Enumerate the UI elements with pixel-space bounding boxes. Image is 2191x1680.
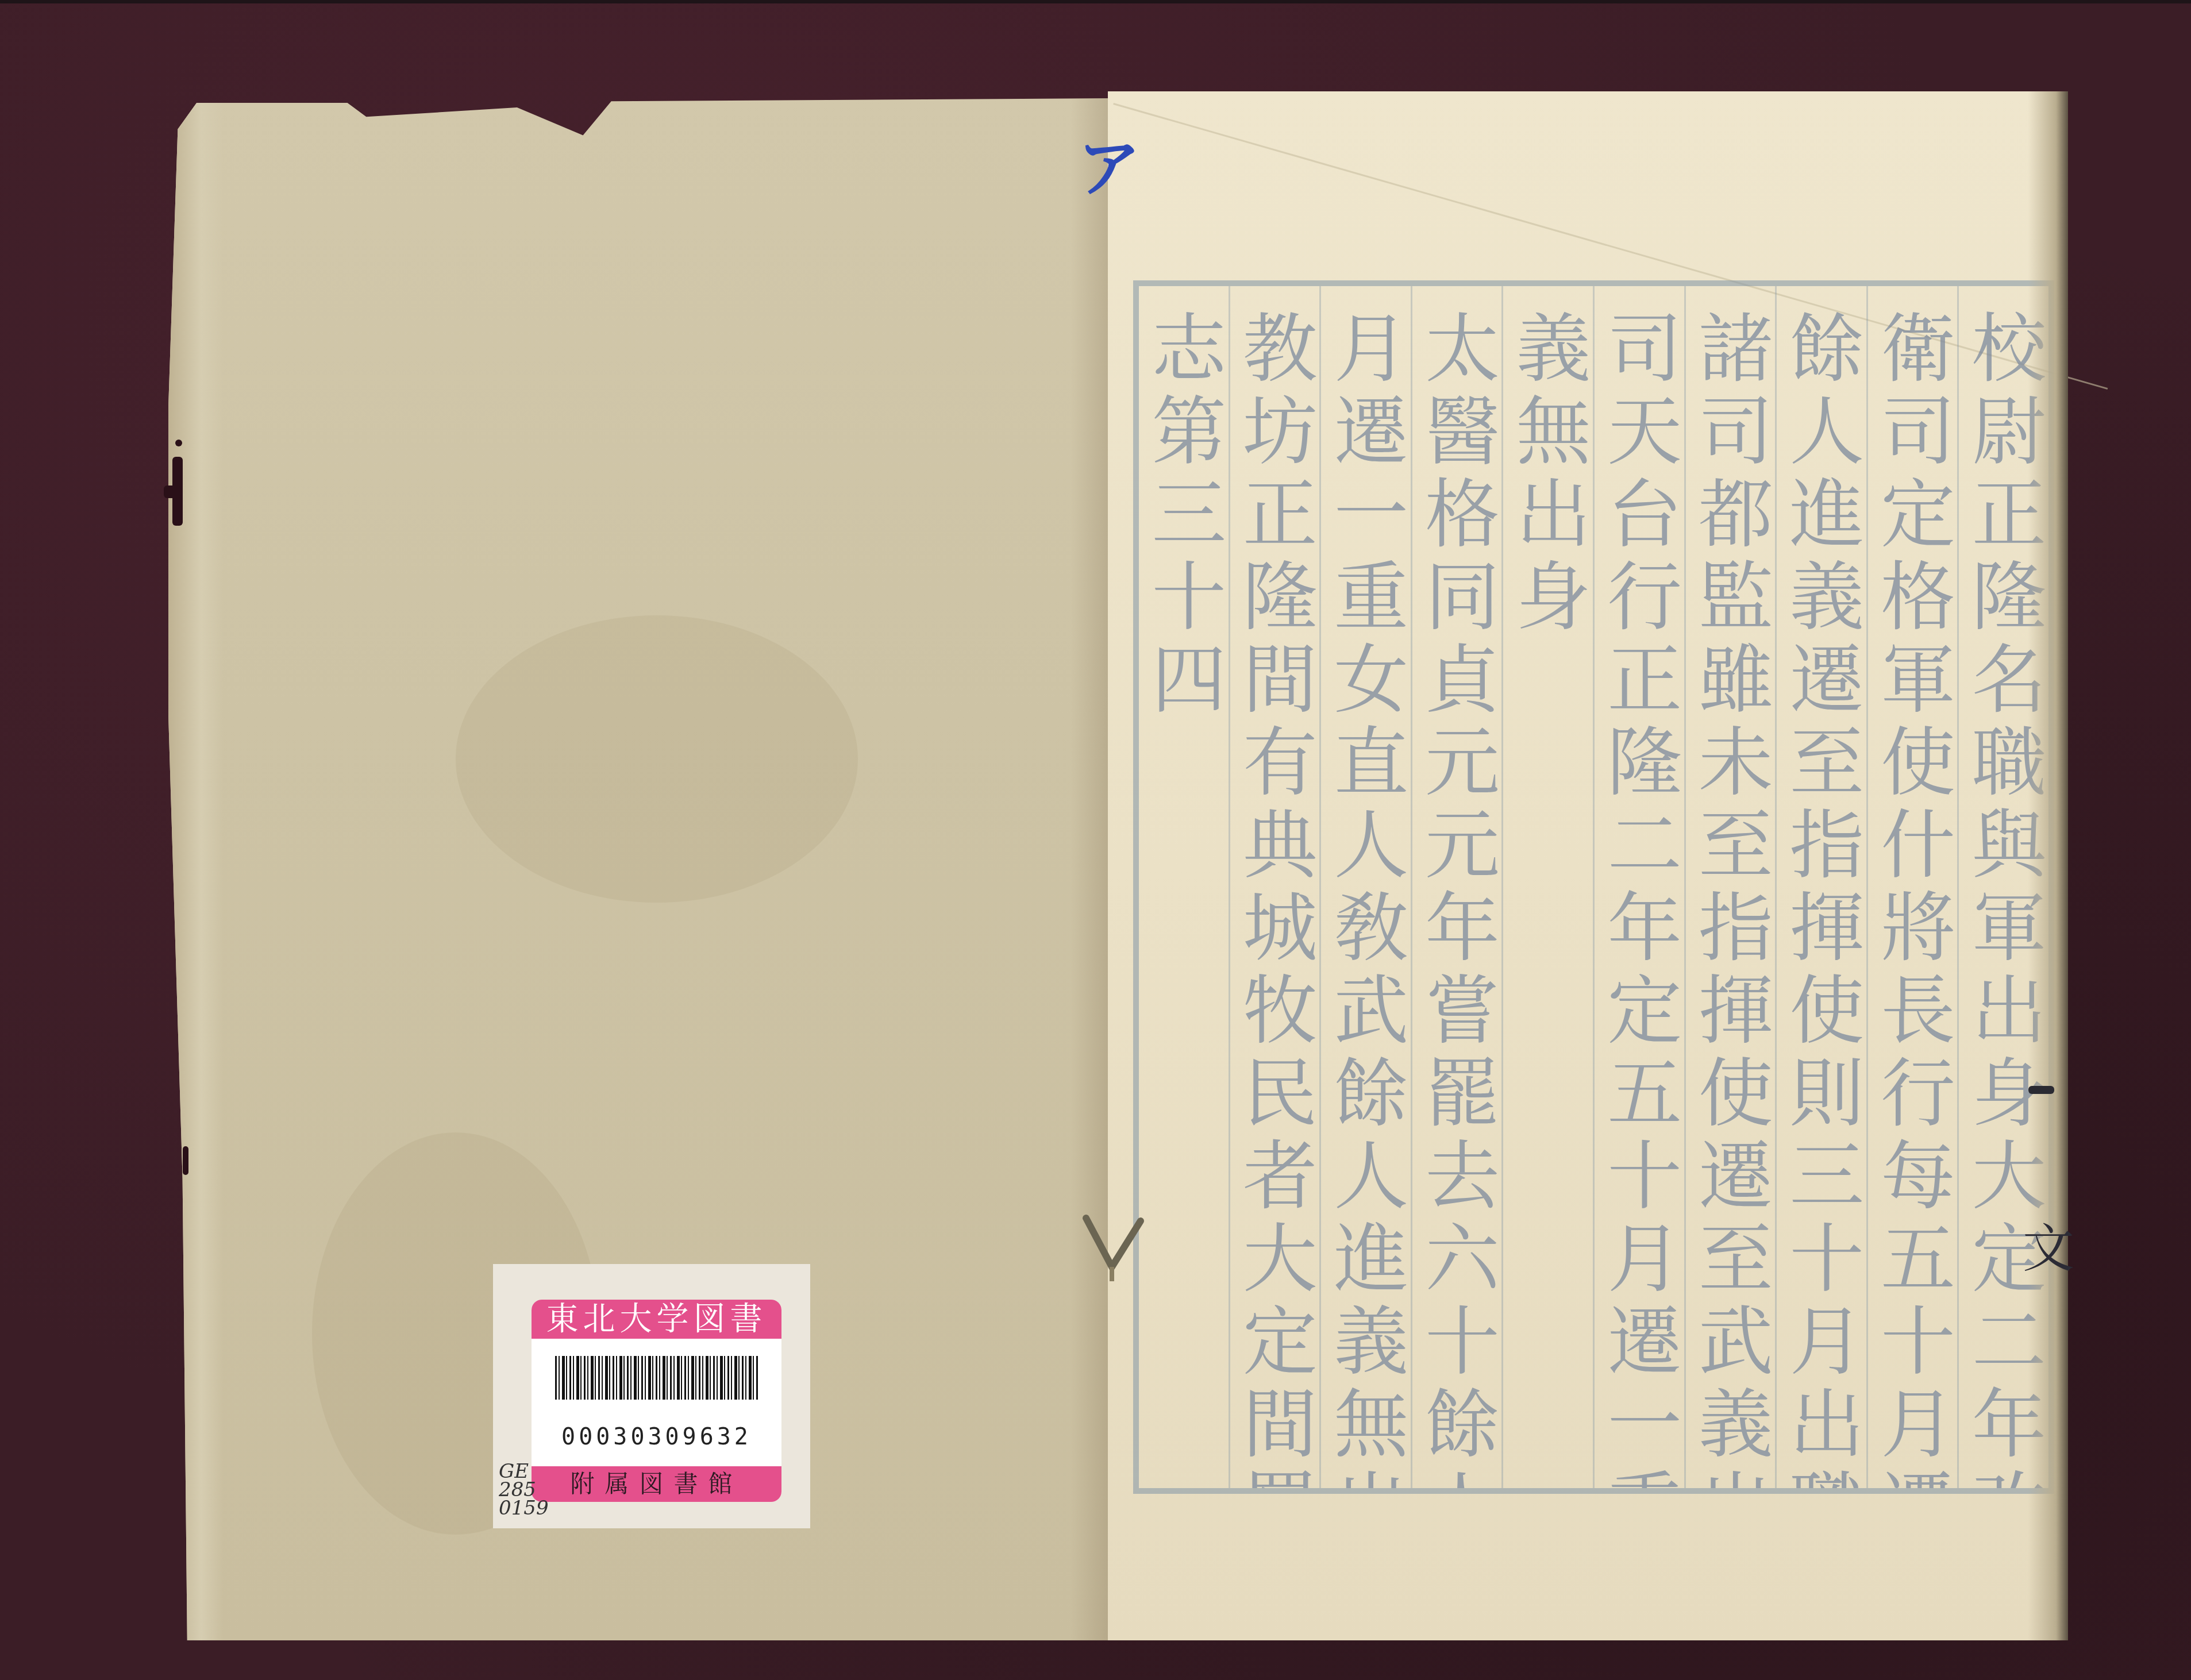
text-columns: 校尉正隆名職與軍出身大定二年改龍翔軍 衛司定格軍使什將長行每五十月遷一重女直人敎… xyxy=(1139,286,2048,1488)
text-column: 餘人進義遷至指揮使則三十月出職遷一重係正班與 xyxy=(1775,286,1866,1488)
right-page-printed-leaf: 校尉正隆名職與軍出身大定二年改龍翔軍 衛司定格軍使什將長行每五十月遷一重女直人敎… xyxy=(1108,91,2068,1640)
text-column: 司天台行正隆二年定五十月遷一重女直敎武餘人進 xyxy=(1593,286,1684,1488)
library-barcode-label: 東北大学図書 00030309632 附属図書館 xyxy=(532,1300,781,1502)
text-column: 月遷一重女直人敎武餘人進義無出身 xyxy=(1319,286,1411,1488)
binding-ink-dot xyxy=(175,440,182,446)
spine-shadow xyxy=(1071,98,1111,1640)
scan-top-edge xyxy=(0,0,2191,3)
spine-blue-mark: ア xyxy=(1077,118,1141,209)
margin-annotation: 文 xyxy=(2023,1207,2074,1281)
text-column: 諸司都監雖未至指揮使遷至武義出職係雜班與差使 xyxy=(1684,286,1776,1488)
library-subtitle: 附属図書館 xyxy=(532,1466,781,1502)
binding-ink-mark xyxy=(183,1146,188,1175)
library-name: 東北大学図書 xyxy=(532,1300,781,1339)
binding-ink-mark xyxy=(164,485,181,498)
page-outer-edge xyxy=(2028,91,2068,1640)
text-column: 太醫格同貞元元年嘗罷去六十餘人正隆二年格五十 xyxy=(1411,286,1502,1488)
text-column: 義無出身 xyxy=(1501,286,1593,1488)
text-column: 教坊正隆間有典城牧民者大定間罷除定格同上 xyxy=(1229,286,1320,1488)
text-column: 衛司定格軍使什將長行每五十月遷一重女直人敎武 xyxy=(1866,286,1958,1488)
barcode-number: 00030309632 xyxy=(532,1424,781,1450)
text-column-chapter-title: 志第三十四 xyxy=(1139,286,1229,1488)
margin-ink-mark xyxy=(2028,1086,2054,1094)
paper-stain xyxy=(456,615,858,903)
barcode-icon xyxy=(555,1356,758,1400)
handwritten-call-number: GE 285 0159 xyxy=(499,1462,545,1517)
text-frame: 校尉正隆名職與軍出身大定二年改龍翔軍 衛司定格軍使什將長行每五十月遷一重女直人敎… xyxy=(1133,280,2054,1494)
binding-thread-knot-icon xyxy=(1080,1212,1149,1281)
call-number-line: 0159 xyxy=(499,1499,545,1517)
